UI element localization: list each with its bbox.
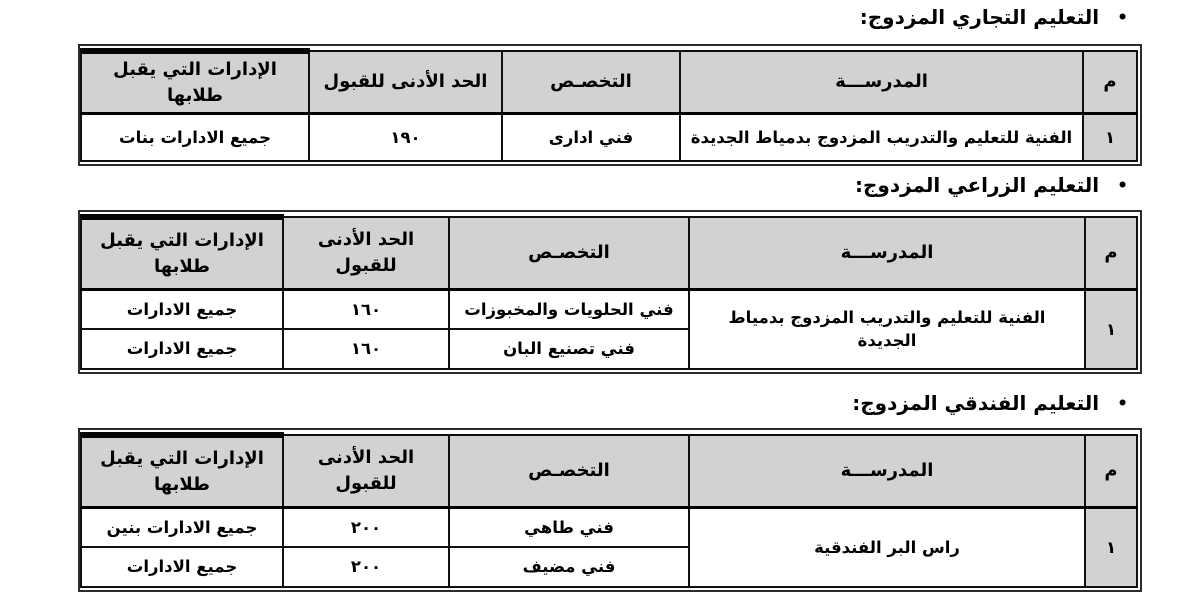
header-cell-admin: الإدارات التي يقبل طلابها bbox=[81, 435, 283, 507]
cell-admin: جميع الادارات bbox=[81, 289, 283, 329]
cell-min: ١٦٠ bbox=[283, 329, 449, 369]
cell-school: الفنية للتعليم والتدريب المزدوج بدمياط ا… bbox=[680, 113, 1083, 161]
bullet-icon: • bbox=[1117, 178, 1128, 195]
header-cell-min: الحد الأدنى للقبول bbox=[283, 435, 449, 507]
section-heading-text: التعليم الزراعي المزدوج: bbox=[855, 172, 1099, 198]
cell-num: ١ bbox=[1085, 507, 1137, 587]
cell-spec: فني تصنيع البان bbox=[449, 329, 689, 369]
cell-admin: جميع الادارات bbox=[81, 547, 283, 587]
cell-min: ٢٠٠ bbox=[283, 507, 449, 547]
header-cell-num: م bbox=[1085, 217, 1137, 289]
bullet-icon: • bbox=[1117, 10, 1128, 27]
cell-spec: فني ادارى bbox=[502, 113, 680, 161]
agricultural-table-frame: م المدرســـة التخصـص الحد الأدنى للقبول … bbox=[78, 210, 1142, 374]
commercial-table: م المدرســـة التخصـص الحد الأدنى للقبول … bbox=[80, 48, 1138, 162]
header-row: م المدرســـة التخصـص الحد الأدنى للقبول … bbox=[81, 217, 1137, 289]
cell-admin: جميع الادارات بنات bbox=[81, 113, 309, 161]
table-row: ١ الفنية للتعليم والتدريب المزدوج بدمياط… bbox=[81, 289, 1137, 329]
commercial-table-frame: م المدرســـة التخصـص الحد الأدنى للقبول … bbox=[78, 44, 1142, 166]
header-cell-min: الحد الأدنى للقبول bbox=[309, 51, 502, 113]
cell-min: ١٩٠ bbox=[309, 113, 502, 161]
header-cell-school: المدرســـة bbox=[689, 435, 1085, 507]
bullet-icon: • bbox=[1117, 396, 1128, 413]
cell-min: ٢٠٠ bbox=[283, 547, 449, 587]
cell-num: ١ bbox=[1085, 289, 1137, 369]
cell-num: ١ bbox=[1083, 113, 1137, 161]
header-cell-spec: التخصـص bbox=[502, 51, 680, 113]
section-heading-text: التعليم الفندقي المزدوج: bbox=[852, 390, 1099, 416]
table-row: ١ راس البر الفندقية فني طاهي ٢٠٠ جميع ال… bbox=[81, 507, 1137, 547]
header-cell-school: المدرســـة bbox=[680, 51, 1083, 113]
cell-spec: فني مضيف bbox=[449, 547, 689, 587]
header-row: م المدرســـة التخصـص الحد الأدنى للقبول … bbox=[81, 435, 1137, 507]
header-row: م المدرســـة التخصـص الحد الأدنى للقبول … bbox=[81, 51, 1137, 113]
cell-min: ١٦٠ bbox=[283, 289, 449, 329]
cell-school: الفنية للتعليم والتدريب المزدوج بدمياط ا… bbox=[689, 289, 1085, 369]
header-cell-school: المدرســـة bbox=[689, 217, 1085, 289]
section-heading-commercial: • التعليم التجاري المزدوج: bbox=[860, 4, 1128, 30]
header-cell-admin: الإدارات التي يقبل طلابها bbox=[81, 51, 309, 113]
section-heading-text: التعليم التجاري المزدوج: bbox=[860, 4, 1099, 30]
document-page: • التعليم التجاري المزدوج: م المدرســـة … bbox=[0, 0, 1200, 600]
cell-admin: جميع الادارات بنين bbox=[81, 507, 283, 547]
agricultural-table: م المدرســـة التخصـص الحد الأدنى للقبول … bbox=[80, 214, 1138, 370]
hotel-table-frame: م المدرســـة التخصـص الحد الأدنى للقبول … bbox=[78, 428, 1142, 592]
section-heading-agricultural: • التعليم الزراعي المزدوج: bbox=[855, 172, 1128, 198]
header-cell-num: م bbox=[1085, 435, 1137, 507]
cell-school: راس البر الفندقية bbox=[689, 507, 1085, 587]
header-cell-spec: التخصـص bbox=[449, 435, 689, 507]
hotel-table: م المدرســـة التخصـص الحد الأدنى للقبول … bbox=[80, 432, 1138, 588]
cell-admin: جميع الادارات bbox=[81, 329, 283, 369]
header-cell-spec: التخصـص bbox=[449, 217, 689, 289]
section-heading-hotel: • التعليم الفندقي المزدوج: bbox=[852, 390, 1128, 416]
table-row: ١ الفنية للتعليم والتدريب المزدوج بدمياط… bbox=[81, 113, 1137, 161]
header-cell-min: الحد الأدنى للقبول bbox=[283, 217, 449, 289]
cell-spec: فني الحلويات والمخبوزات bbox=[449, 289, 689, 329]
header-cell-num: م bbox=[1083, 51, 1137, 113]
header-cell-admin: الإدارات التي يقبل طلابها bbox=[81, 217, 283, 289]
cell-spec: فني طاهي bbox=[449, 507, 689, 547]
